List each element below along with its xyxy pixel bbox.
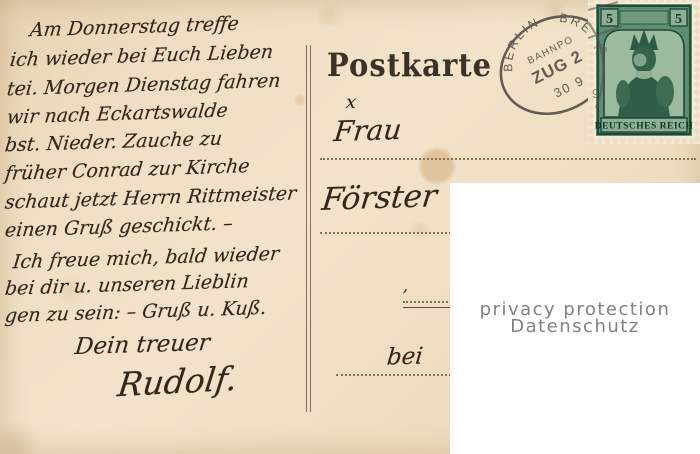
message-line: schaut jetzt Herrn Rittmeister <box>4 182 298 213</box>
message-line: früher Conrad zur Kirche <box>4 155 251 185</box>
message-address-divider <box>306 45 311 412</box>
postcard-title: Postkarte <box>327 47 492 84</box>
address-flourish: x <box>345 92 357 113</box>
address-recipient-name: Förster <box>320 178 439 218</box>
address-line-2 <box>320 232 455 234</box>
message-line: ich wieder bei Euch Lieben <box>9 41 275 71</box>
signature: Rudolf. <box>116 359 240 405</box>
address-line-1 <box>320 158 696 160</box>
address-recipient-title: Frau <box>332 113 403 148</box>
message-line: Am Donnerstag treffe <box>29 13 240 42</box>
message-line: bei dir u. unseren Lieblin <box>4 270 250 300</box>
address-line-4 <box>336 374 455 376</box>
postcard-scan: Am Donnerstag treffe ich wieder bei Euch… <box>0 0 700 454</box>
message-line: bst. Nieder. Zauche zu <box>4 128 224 157</box>
stamp-country-text: DEUTSCHES REICH <box>595 122 694 132</box>
message-line: Ich freue mich, bald wieder <box>12 243 280 273</box>
address-line-3-rule <box>403 307 455 308</box>
address-line-3 <box>403 301 455 303</box>
address-bei: bei <box>386 343 425 370</box>
stamp-denomination-right: 5 <box>675 12 682 27</box>
stamp-denomination-left: 5 <box>606 12 613 27</box>
message-line: tei. Morgen Dienstag fahren <box>6 70 282 101</box>
privacy-overlay-line2: Datenschutz <box>510 320 640 334</box>
message-line: einen Gruß geschickt. – <box>4 212 234 241</box>
privacy-overlay: privacy protection Datenschutz <box>450 183 700 454</box>
germania-stamp: 5 5 DEUTSCHES REICH 25 9 <box>588 0 700 144</box>
message-line: gen zu sein: – Gruß u. Kuß. <box>4 297 268 327</box>
closing-line: Dein treuer <box>74 330 212 360</box>
stamp-cancel-9: 9 <box>592 86 599 101</box>
message-line: wir nach Eckartswalde <box>6 99 229 128</box>
